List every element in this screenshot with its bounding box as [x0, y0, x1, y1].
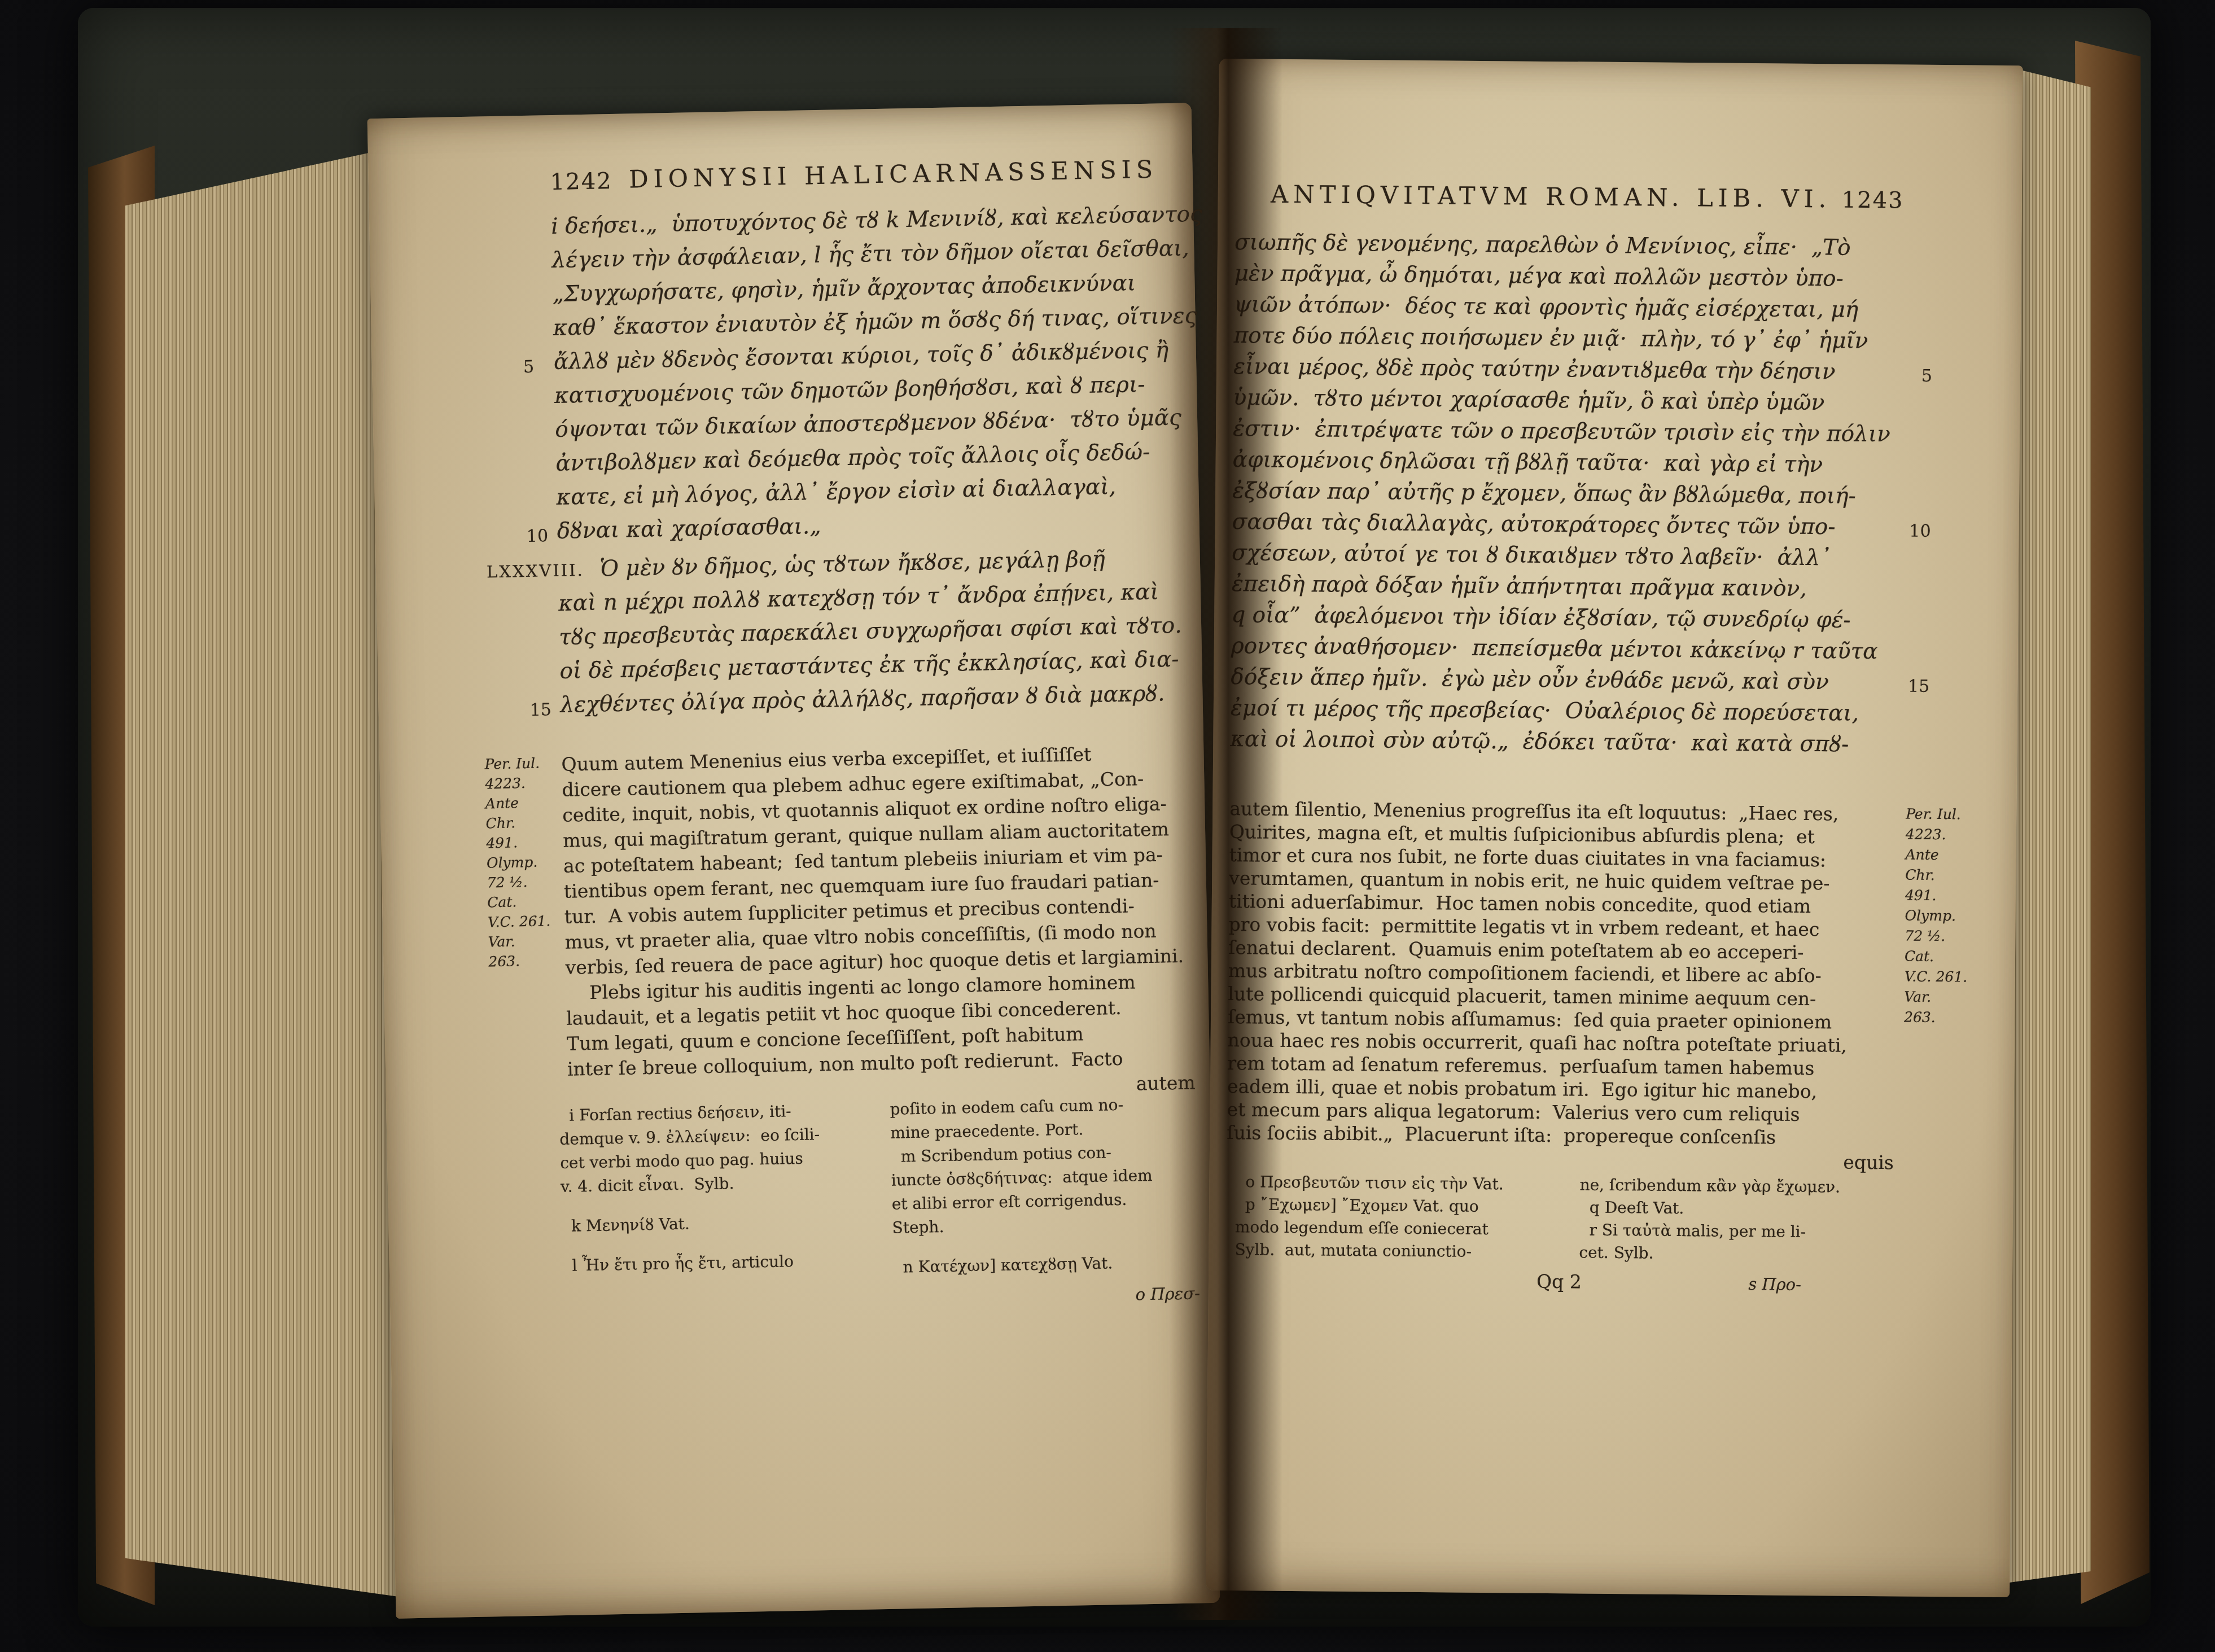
- footnotes-left: i Forſan rectius δεήσειν, iti-demque v. …: [559, 1092, 1205, 1286]
- greek-line: ἐμοί τι μέρος τῆς πρεσβείας· Οὐαλέριος δ…: [1231, 693, 1897, 729]
- page-number-right: 1243: [1842, 187, 1904, 213]
- footnote-column-2: ne, ſcribendum κἂν γὰρ ἔχωμεν. q Deeſt V…: [1579, 1173, 1905, 1267]
- margin-note: 491.: [1905, 885, 1995, 906]
- margin-note: 263.: [1904, 1007, 1994, 1028]
- footnote-line: q Deeſt Vat.: [1579, 1196, 1905, 1221]
- greek-line: καὶ οἱ λοιποὶ σὺν αὐτῷ.„ ἐδόκει ταῦτα· κ…: [1230, 724, 1896, 760]
- greek-line-number-5: 5: [523, 350, 535, 384]
- page-catchword-left: o Πρεσ-: [892, 1283, 1201, 1308]
- greek-line-number-15: 15: [1908, 671, 1930, 702]
- running-header-right: ANTIQVITATVM ROMAN. LIB. VI.: [1235, 180, 1867, 214]
- margin-note: Ante: [1905, 845, 1995, 866]
- margin-note: Var.: [1904, 987, 1994, 1007]
- scanned-book-photo: 1242 DIONYSII HALICARNASSENSIS 5 10 i δε…: [0, 0, 2215, 1652]
- latin-text-block-left: Quum autem Menenius eius verba excepiſſe…: [561, 740, 1195, 1082]
- footnote-column-1: o Πρεσβευτῶν τισιν εἰς τὴν Vat. p ῎Εχωμε…: [1235, 1171, 1560, 1264]
- margin-note: Chr.: [1905, 865, 1995, 886]
- margin-note: 4223.: [1906, 825, 1996, 845]
- margin-note: Cat.: [487, 891, 558, 912]
- margin-note: Cat.: [1905, 946, 1995, 967]
- margin-note: 72 ½.: [1905, 926, 1995, 946]
- greek-line: εἶναι μέρος, ȣδὲ πρὸς ταύτην ἐναντιȣμεθα…: [1233, 351, 1899, 388]
- footnote-line: o Πρεσβευτῶν τισιν εἰς τὴν Vat.: [1235, 1171, 1560, 1196]
- greek-text-block-1: 5 10 i δεήσει.„ ὑποτυχόντος δὲ τȣ k Μενι…: [551, 198, 1184, 549]
- margin-note: Olymp.: [1905, 905, 1995, 926]
- margin-note: Var.: [488, 931, 559, 952]
- greek-line-number-15: 15: [529, 693, 551, 728]
- margin-note: 4223.: [485, 773, 556, 794]
- footnote-column-1: i Forſan rectius δεήσειν, iti-demque v. …: [559, 1098, 874, 1286]
- footnote-line: modo legendum eſſe coniecerat: [1235, 1216, 1560, 1241]
- greek-line: μὲν πρᾶγμα, ὦ δημόται, μέγα καὶ πολλῶν μ…: [1234, 258, 1900, 295]
- latin-catchword-right: equis: [1227, 1146, 1894, 1173]
- margin-note: 263.: [488, 950, 559, 971]
- margin-note: V.C. 261.: [1905, 966, 1995, 987]
- margin-note: Olymp.: [487, 852, 558, 873]
- greek-line: ὑμῶν. τȣτο μέντοι χαρίσασθε ἡμῖν, ὃ καὶ …: [1233, 382, 1899, 419]
- footnote-line: r Si ταὐτὰ malis, per me li-: [1579, 1219, 1905, 1244]
- greek-line: ψιῶν ἀτόπων· δέος τε καὶ φροντὶς ἡμᾶς εἰ…: [1234, 289, 1900, 326]
- margin-note: V.C. 261.: [488, 911, 559, 932]
- greek-line: ροντες ἀναθήσομεν· πεπείσμεθα μέντοι κἀκ…: [1231, 630, 1897, 667]
- running-header-left: DIONYSII HALICARNASSENSIS: [611, 155, 1176, 194]
- footnote-column-2: poſito in eodem caſu cum no-mine praeced…: [890, 1092, 1205, 1279]
- greek-line: q οἷα” ἀφελόμενοι τὴν ἰδίαν ἐξȣσίαν, τῷ …: [1231, 599, 1897, 636]
- footnote-line: Sylb. aut, mutata coniunctio-: [1235, 1238, 1560, 1264]
- footnote-line: ne, ſcribendum κἂν γὰρ ἔχωμεν.: [1579, 1173, 1905, 1199]
- greek-text-block-right: 5 10 15 σιωπῆς δὲ γενομένης, παρελθὼν ὁ …: [1230, 227, 1901, 760]
- margin-note: 491.: [486, 832, 557, 853]
- left-page-edge-stack: [125, 129, 399, 1609]
- greek-line: ἐπειδὴ παρὰ δόξαν ἡμῖν ἀπήντηται πρᾶγμα …: [1232, 568, 1898, 605]
- greek-text-block-2: 15 Ὁ μὲν ȣν δῆμος, ὡς τȣτων ἤκȣσε, μεγάλ…: [557, 541, 1187, 722]
- page-number-left: 1242: [550, 168, 612, 195]
- greek-line-number-10: 10: [1909, 516, 1931, 547]
- footnote-line: p ῎Εχωμεν] ῎Εχομεν Vat. quo: [1235, 1193, 1560, 1219]
- margin-note: Per. Iul.: [484, 753, 555, 774]
- margin-note: Chr.: [485, 812, 557, 833]
- latin-text-block-right: autem ſilentio, Menenius progreſſus ita …: [1227, 797, 1897, 1150]
- greek-line: δόξειν ἅπερ ἡμῖν. ἐγὼ μὲν οὖν ἐνθάδε μεν…: [1231, 661, 1897, 698]
- greek-line: σιωπῆς δὲ γενομένης, παρελθὼν ὁ Μενίνιος…: [1235, 227, 1901, 264]
- footnote-line: cet. Sylb.: [1579, 1241, 1904, 1267]
- greek-lines-2: Ὁ μὲν ȣν δῆμος, ὡς τȣτων ἤκȣσε, μεγάλῃ β…: [557, 541, 1187, 722]
- greek-lines-right: σιωπῆς δὲ γενομένης, παρελθὼν ὁ Μενίνιος…: [1230, 227, 1901, 760]
- margin-notes-left: Per. Iul.4223.AnteChr.491.Olymp.72 ½.Cat…: [484, 753, 559, 971]
- footnotes-right: o Πρεσβευτῶν τισιν εἰς τὴν Vat. p ῎Εχωμε…: [1235, 1171, 1905, 1267]
- margin-notes-right: Per. Iul.4223.AnteChr.491.Olymp.72 ½.Cat…: [1904, 804, 1996, 1028]
- greek-line: ἐξȣσίαν παρ᾽ αὐτῆς p ἔχομεν, ὅπως ἂν βȣλ…: [1232, 475, 1898, 512]
- greek-line-number-5: 5: [1921, 361, 1933, 392]
- margin-note: 72 ½.: [487, 871, 558, 892]
- greek-lines-1: i δεήσει.„ ὑποτυχόντος δὲ τȣ k Μενινίȣ, …: [551, 198, 1184, 549]
- greek-line: ποτε δύο πόλεις ποιήσωμεν ἐν μιᾷ· πλὴν, …: [1233, 320, 1899, 357]
- greek-line: ἐστιν· ἐπιτρέψατε τῶν o πρεσβευτῶν τρισὶ…: [1233, 413, 1899, 450]
- greek-line: σασθαι τὰς διαλλαγὰς, αὐτοκράτορες ὄντες…: [1232, 506, 1898, 543]
- greek-line: σχέσεων, αὐτοί γε τοι ȣ δικαιȣμεν τȣτο λ…: [1232, 537, 1898, 574]
- greek-line-number-10: 10: [526, 519, 548, 554]
- page-1243: ANTIQVITATVM ROMAN. LIB. VI. 1243 5 10 1…: [1206, 59, 2023, 1597]
- margin-note: Ante: [485, 792, 557, 813]
- page-1242: 1242 DIONYSII HALICARNASSENSIS 5 10 i δε…: [367, 103, 1220, 1619]
- margin-note: Per. Iul.: [1906, 804, 1996, 825]
- greek-line: ἀφικομένοις δηλῶσαι τῇ βȣλῇ ταῦτα· καὶ γ…: [1232, 444, 1898, 481]
